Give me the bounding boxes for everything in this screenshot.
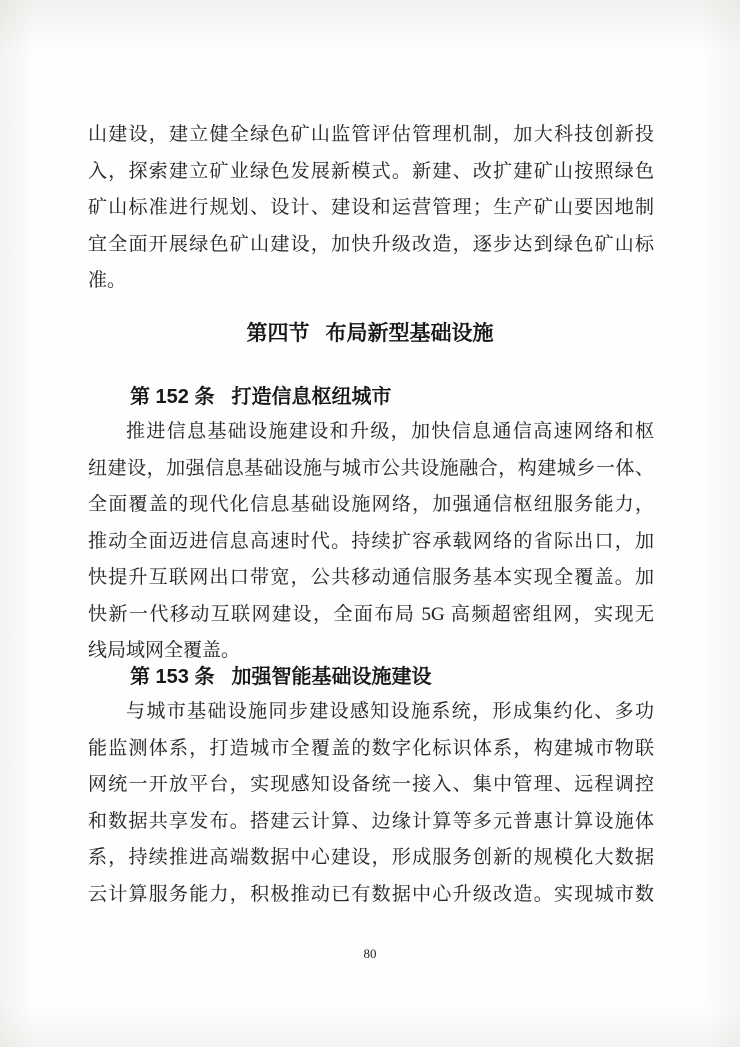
text-line: 与城市基础设施同步建设感知设施系统，形成集约化、多功 (88, 694, 654, 731)
text-line: 和数据共享发布。搭建云计算、边缘计算等多元普惠计算设施体 (88, 804, 654, 841)
text-line: 矿山标准进行规划、设计、建设和运营管理；生产矿山要因地制 (88, 190, 654, 227)
article-153-number: 第 153 条 (130, 666, 214, 688)
text-line: 推进信息基础设施建设和升级，加快信息通信高速网络和枢 (88, 414, 654, 451)
text-line: 全面覆盖的现代化信息基础设施网络，加强通信枢纽服务能力， (88, 487, 654, 524)
paragraph-continuation: 山建设，建立健全绿色矿山监管评估管理机制，加大科技创新投 入，探索建立矿业绿色发… (88, 117, 654, 300)
page-number: 80 (0, 946, 740, 962)
text-line: 推动全面迈进信息高速时代。持续扩容承载网络的省际出口，加 (88, 524, 654, 561)
section-heading: 第四节布局新型基础设施 (0, 320, 740, 348)
text-line: 系，持续推进高端数据中心建设，形成服务创新的规模化大数据 (88, 840, 654, 877)
text-line: 快新一代移动互联网建设，全面布局 5G 高频超密组网，实现无 (88, 597, 654, 634)
text-line: 纽建设，加强信息基础设施与城市公共设施融合，构建城乡一体、 (88, 451, 654, 488)
article-152-heading: 第 152 条打造信息枢纽城市 (130, 384, 654, 410)
text-line: 能监测体系，打造城市全覆盖的数字化标识体系，构建城市物联 (88, 731, 654, 768)
text-line: 宜全面开展绿色矿山建设，加快升级改造，逐步达到绿色矿山标 (88, 227, 654, 264)
section-title: 布局新型基础设施 (326, 322, 494, 345)
text-line: 准。 (88, 263, 654, 300)
text-line: 快提升互联网出口带宽，公共移动通信服务基本实现全覆盖。加 (88, 560, 654, 597)
text-line: 入，探索建立矿业绿色发展新模式。新建、改扩建矿山按照绿色 (88, 154, 654, 191)
article-152-title: 打造信息枢纽城市 (231, 386, 391, 408)
document-page: 山建设，建立健全绿色矿山监管评估管理机制，加大科技创新投 入，探索建立矿业绿色发… (0, 0, 740, 1047)
article-153-heading: 第 153 条加强智能基础设施建设 (130, 664, 654, 690)
section-number: 第四节 (247, 322, 310, 345)
text-line: 云计算服务能力，积极推动已有数据中心升级改造。实现城市数 (88, 877, 654, 914)
paragraph-article-152: 推进信息基础设施建设和升级，加快信息通信高速网络和枢 纽建设，加强信息基础设施与… (88, 414, 654, 670)
article-152-number: 第 152 条 (130, 386, 214, 408)
article-153-title: 加强智能基础设施建设 (231, 666, 431, 688)
text-line: 网统一开放平台，实现感知设备统一接入、集中管理、远程调控 (88, 767, 654, 804)
text-line: 山建设，建立健全绿色矿山监管评估管理机制，加大科技创新投 (88, 117, 654, 154)
paragraph-article-153: 与城市基础设施同步建设感知设施系统，形成集约化、多功 能监测体系，打造城市全覆盖… (88, 694, 654, 913)
